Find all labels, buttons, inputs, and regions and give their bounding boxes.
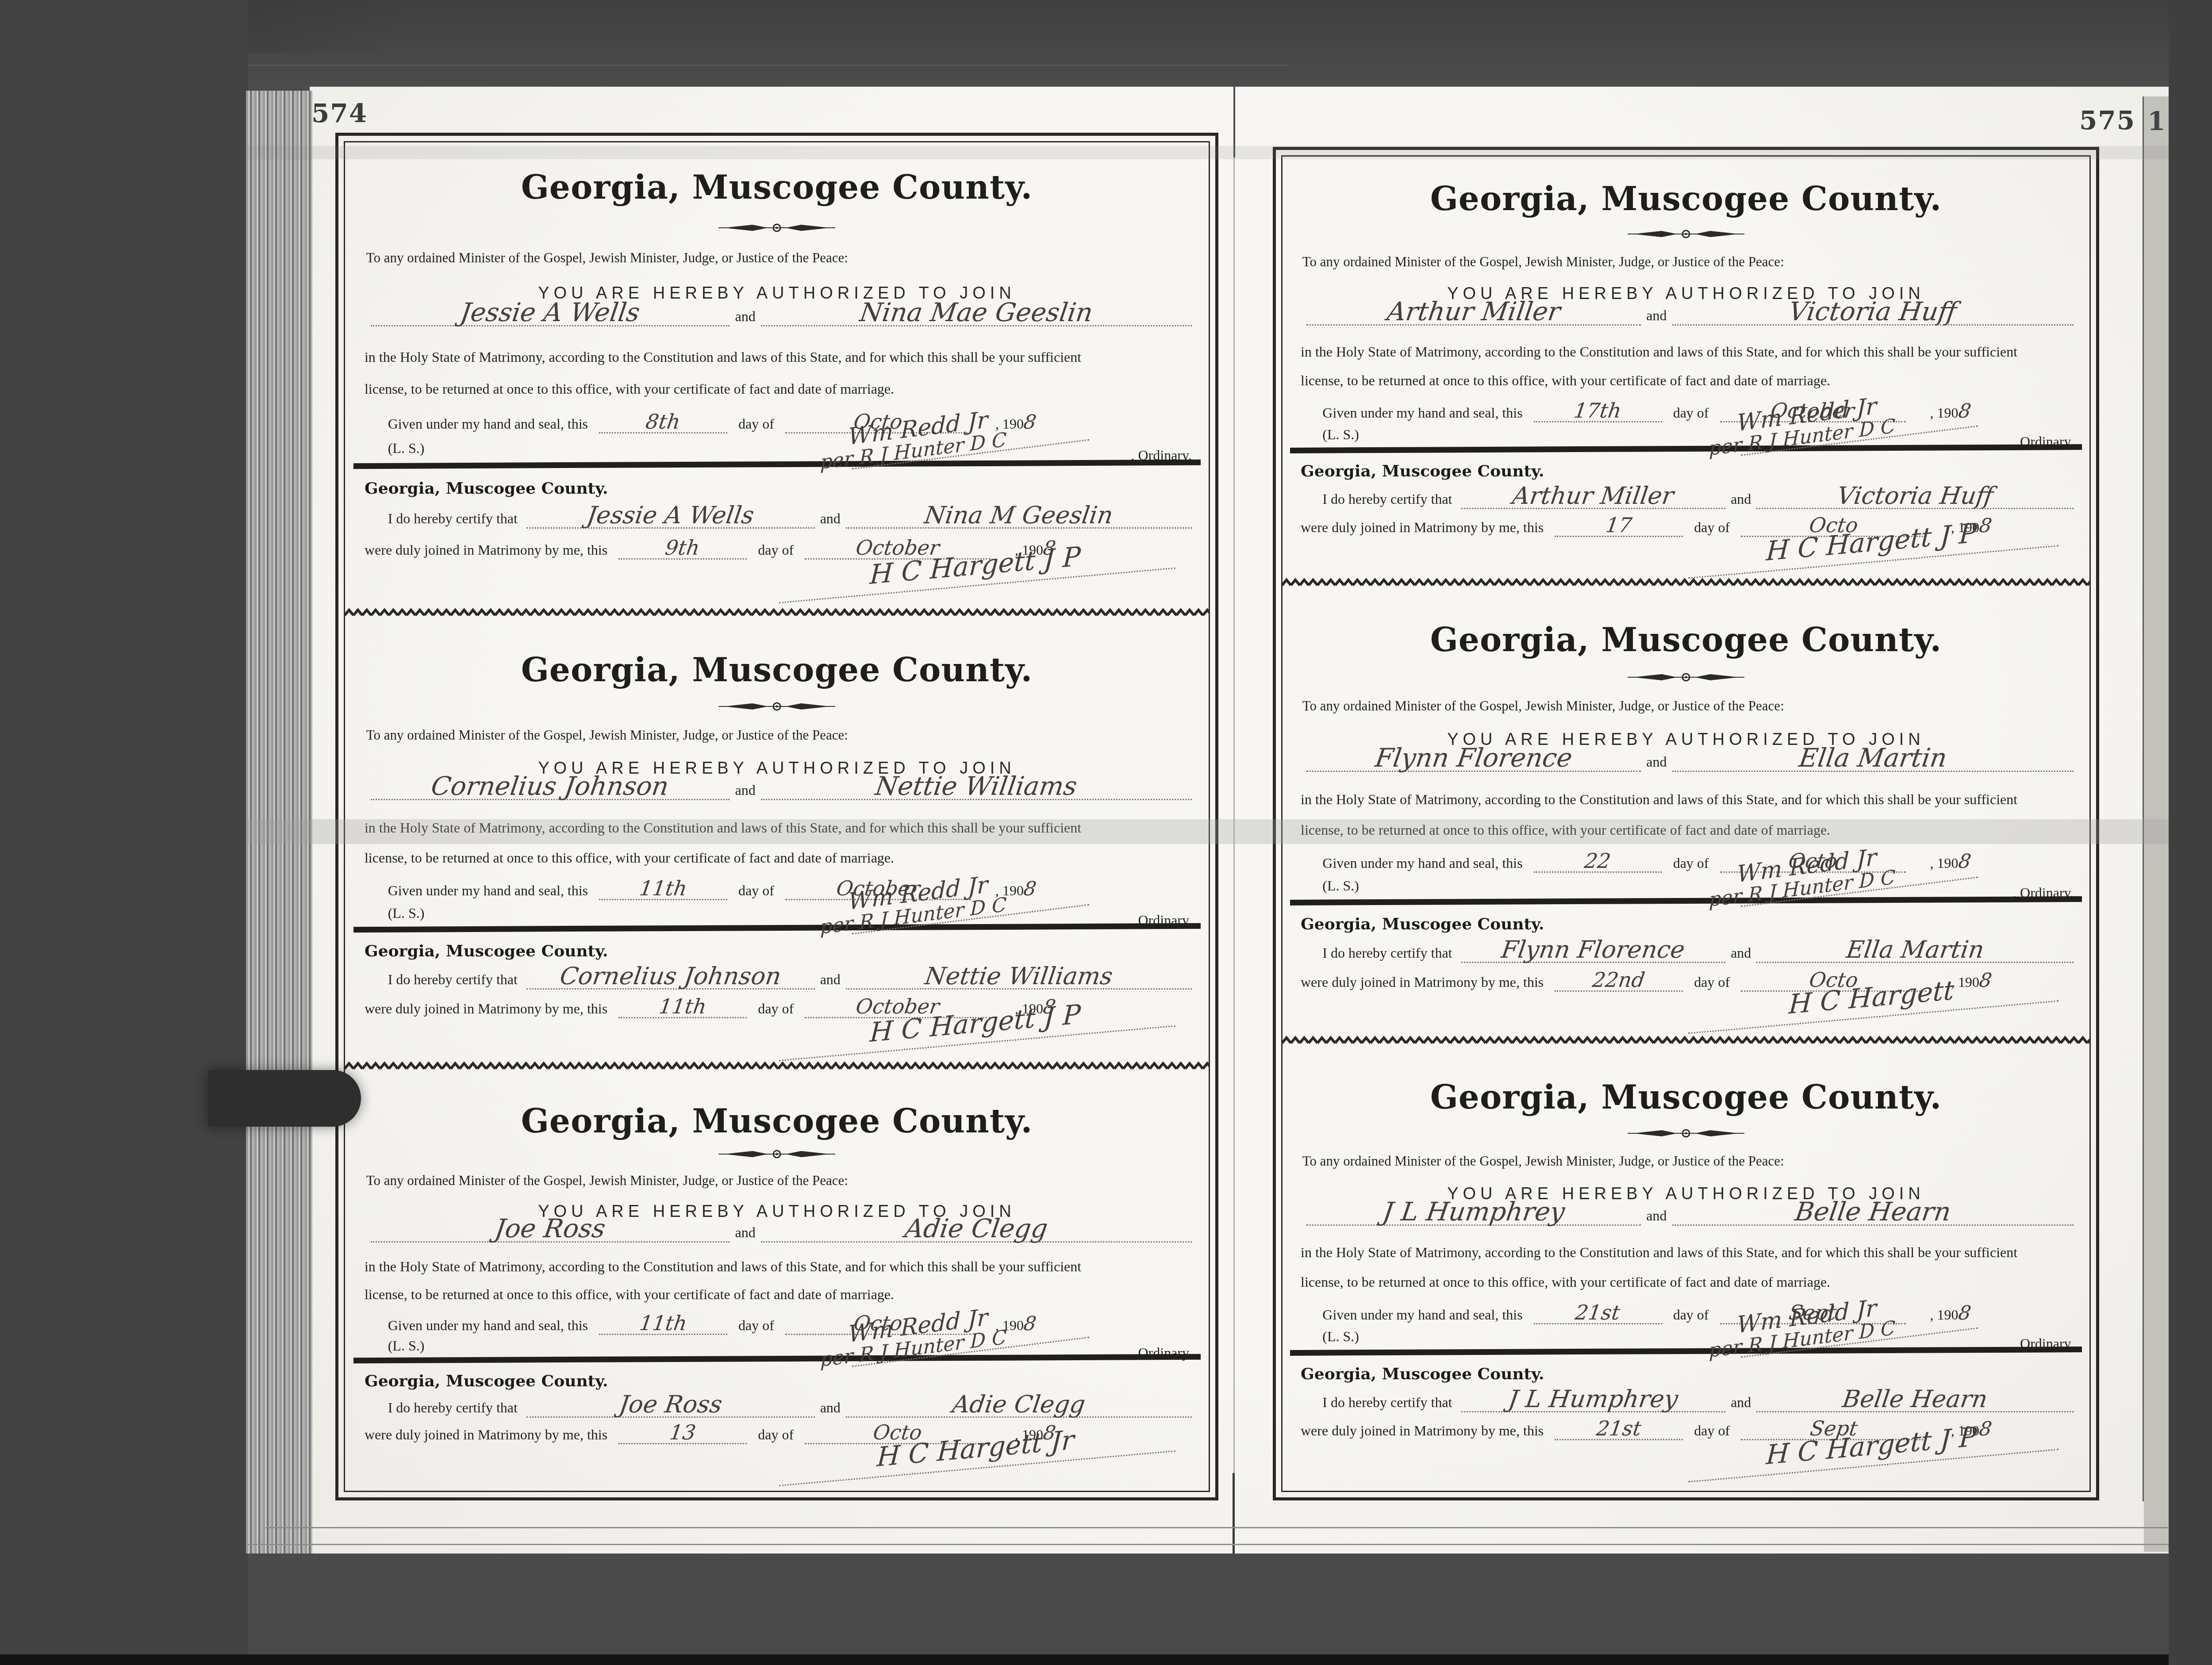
certificate-title: Georgia, Muscogee County. [1282,1078,2090,1116]
couple-names-line: Cornelius Johnson and Nettie Williams [371,773,1192,800]
day-of-label: day of [1673,1307,1709,1323]
day-of-label: day of [738,416,774,432]
book-gutter-seam-top [1233,87,1235,157]
joined-label: were duly joined in Matrimony by me, thi… [1301,519,1544,536]
groom-name: Flynn Florence [1374,745,1574,771]
ordinary-signature: Wm Redd Jr per R J Hunter D C [846,395,1089,469]
certify-county-heading: Georgia, Muscogee County. [365,479,1209,498]
salutation-line: To any ordained Minister of the Gospel, … [1302,1153,2090,1169]
ls-label: (L. S.) [1322,878,1359,894]
and-label: and [815,1400,846,1416]
zigzag-divider [345,1060,1209,1072]
bride-name: Nettie Williams [874,773,1079,799]
certify-county-heading: Georgia, Muscogee County. [1301,1365,2090,1383]
given-label: Given under my hand and seal, this [388,1317,588,1334]
marriage-certificate: Georgia, Muscogee County. To any ordaine… [345,1074,1209,1494]
ls-label: (L. S.) [388,1338,425,1354]
marriage-day: 17 [1605,515,1633,535]
issue-day: 17th [1573,400,1623,421]
certify-names-line: I do hereby certify that Cornelius Johns… [388,964,1192,990]
day-of-label: day of [758,542,794,558]
seal-and-signature-line: (L. S.) Wm Redd Jr per R J Hunter D C , … [388,440,1192,457]
certificate-title: Georgia, Muscogee County. [1282,180,2090,218]
couple-names-line: Flynn Florence and Ella Martin [1306,745,2074,772]
seal-and-signature-line: (L. S.) Wm Redd Jr per R J Hunter D C , … [1322,878,2074,894]
certify-groom-name: J L Humphrey [1507,1387,1679,1411]
certificate-frame-right: Georgia, Muscogee County. To any ordaine… [1273,147,2099,1500]
bride-name: Ella Martin [1797,745,1949,771]
film-bottom-strip [0,1654,2212,1665]
certificate-slot: Georgia, Muscogee County. To any ordaine… [1282,590,2090,1048]
given-label: Given under my hand and seal, this [388,882,588,899]
certify-bride-name: Nina M Geeslin [923,503,1114,527]
certify-label: I do hereby certify that [1322,491,1452,507]
page-edge-mark: 1 [2147,106,2166,136]
ls-label: (L. S.) [388,905,425,921]
body-line-1: in the Holy State of Matrimony, accordin… [1301,344,2090,360]
ordinary-signature: Wm Redd Jr per R J Hunter D C [846,859,1089,934]
certify-names-line: I do hereby certify that Arthur Miller a… [1322,484,2074,509]
given-label: Given under my hand and seal, this [388,416,588,432]
day-of-label: day of [1673,855,1709,871]
bottom-page-edge-line [265,1527,2168,1528]
certificate-slot: Georgia, Muscogee County. To any ordaine… [1282,1048,2090,1495]
day-of-label: day of [1673,405,1709,421]
day-of-label: day of [1694,974,1730,990]
salutation-line: To any ordained Minister of the Gospel, … [366,250,1209,266]
divider-ornament-icon [345,700,1209,715]
certify-label: I do hereby certify that [1322,945,1452,961]
groom-name: J L Humphrey [1381,1199,1567,1224]
seal-and-signature-line: (L. S.) Wm Redd Jr per R J Hunter D C , … [1322,426,2074,443]
certify-bride-name: Nettie Williams [923,964,1114,988]
book-gutter-seam [1233,87,1235,1554]
ls-label: (L. S.) [1322,426,1359,443]
bride-name: Belle Hearn [1793,1199,1953,1224]
seal-and-signature-line: (L. S.) Wm Redd Jr per R J Hunter D C , … [1322,1328,2074,1345]
day-of-label: day of [758,1001,794,1017]
zigzag-divider [345,607,1209,618]
certificate-slot: Georgia, Muscogee County. To any ordaine… [345,620,1209,1074]
zigzag-divider [1282,1035,2090,1046]
and-label: and [815,971,846,988]
certify-label: I do hereby certify that [388,510,518,527]
and-label: and [1641,307,1672,324]
section-divider-bar [1290,896,2082,905]
bride-name: Victoria Huff [1787,299,1959,324]
day-of-label: day of [1694,519,1730,536]
divider-ornament-icon [1282,1127,2090,1142]
given-label: Given under my hand and seal, this [1322,855,1522,871]
body-line-1: in the Holy State of Matrimony, accordin… [365,349,1209,365]
divider-ornament-icon [345,1147,1209,1163]
body-line-1: in the Holy State of Matrimony, accordin… [365,820,1209,836]
certify-names-line: I do hereby certify that Jessie A Wells … [388,503,1192,529]
certify-names-line: I do hereby certify that Joe Ross and Ad… [388,1393,1192,1418]
groom-name: Joe Ross [493,1216,607,1241]
given-label: Given under my hand and seal, this [1322,1307,1522,1323]
and-label: and [1641,1208,1672,1224]
and-label: and [1725,1394,1756,1411]
and-label: and [1725,945,1756,961]
joined-label: were duly joined in Matrimony by me, thi… [365,542,607,558]
page-stack-edges-right [2144,96,2169,1552]
groom-name: Jessie A Wells [459,299,641,325]
certify-groom-name: Cornelius Johnson [558,964,783,988]
groom-name: Arthur Miller [1386,299,1562,324]
salutation-line: To any ordained Minister of the Gospel, … [366,727,1209,743]
and-label: and [730,308,760,325]
joined-label: were duly joined in Matrimony by me, thi… [365,1427,607,1443]
couple-names-line: Jessie A Wells and Nina Mae Geeslin [371,299,1192,326]
groom-name: Cornelius Johnson [430,773,670,799]
and-label: and [1725,491,1756,507]
film-left-edge [0,0,248,1665]
certify-bride-name: Adie Clegg [951,1393,1087,1416]
certificate-title: Georgia, Muscogee County. [345,651,1209,689]
issue-day: 11th [638,1313,688,1333]
certificate-slot: Georgia, Muscogee County. To any ordaine… [1282,150,2090,590]
couple-names-line: Joe Ross and Adie Clegg [371,1216,1192,1243]
body-line-1: in the Holy State of Matrimony, accordin… [1301,791,2090,808]
section-divider-bar [1290,444,2082,453]
seal-and-signature-line: (L. S.) Wm Redd Jr per R J Hunter D C , … [388,905,1192,921]
issue-day: 8th [645,411,682,432]
marriage-certificate: Georgia, Muscogee County. To any ordaine… [1282,150,2090,590]
certify-bride-name: Belle Hearn [1841,1387,1989,1411]
certificate-title: Georgia, Muscogee County. [345,169,1209,207]
marriage-certificate: Georgia, Muscogee County. To any ordaine… [345,620,1209,1074]
certify-label: I do hereby certify that [1322,1394,1452,1411]
marriage-certificate: Georgia, Muscogee County. To any ordaine… [1282,1048,2090,1495]
ls-label: (L. S.) [1322,1328,1359,1345]
zigzag-divider [1282,577,2090,588]
section-divider-bar [1290,1347,2082,1356]
ordinary-signature: Wm Redd Jr per R J Hunter D C [1735,1283,1978,1358]
and-label: and [815,510,846,527]
certificate-slot: Georgia, Muscogee County. To any ordaine… [345,136,1209,620]
and-label: and [1641,754,1672,770]
body-line-1: in the Holy State of Matrimony, accordin… [1301,1244,2090,1261]
marriage-certificate: Georgia, Muscogee County. To any ordaine… [345,136,1209,620]
divider-ornament-icon [1282,671,2090,686]
marriage-certificate: Georgia, Muscogee County. To any ordaine… [1282,590,2090,1048]
salutation-line: To any ordained Minister of the Gospel, … [366,1173,1209,1189]
certify-bride-name: Ella Martin [1845,938,1985,962]
film-right-edge [2169,0,2212,1665]
certificate-title: Georgia, Muscogee County. [345,1102,1209,1140]
certificate-slot: Georgia, Muscogee County. To any ordaine… [345,1074,1209,1494]
section-divider-bar [353,460,1201,469]
couple-names-line: J L Humphrey and Belle Hearn [1306,1199,2074,1226]
certify-names-line: I do hereby certify that Flynn Florence … [1322,938,2074,963]
certify-county-heading: Georgia, Muscogee County. [1301,915,2090,933]
issue-day: 22 [1583,851,1612,871]
certificate-frame-left: Georgia, Muscogee County. To any ordaine… [335,133,1218,1500]
certify-bride-name: Victoria Huff [1836,484,1995,508]
day-of-label: day of [738,1317,774,1334]
book-gutter-seam-bottom [1233,1473,1235,1554]
certify-county-heading: Georgia, Muscogee County. [1301,462,2090,480]
marriage-day: 13 [668,1422,697,1442]
day-of-label: day of [1694,1423,1730,1439]
certify-label: I do hereby certify that [388,971,518,988]
divider-ornament-icon [345,221,1209,237]
bride-name: Nina Mae Geeslin [858,299,1094,325]
and-label: and [730,782,760,798]
day-of-label: day of [738,882,774,899]
certificate-title: Georgia, Muscogee County. [1282,621,2090,659]
page-stack-edges [246,91,312,1554]
certify-groom-name: Joe Ross [618,1393,723,1416]
and-label: and [730,1224,760,1241]
marriage-day: 11th [658,996,708,1017]
bride-name: Adie Clegg [903,1216,1049,1241]
joined-label: were duly joined in Matrimony by me, thi… [1301,1423,1544,1439]
book-index-tab [208,1070,361,1127]
bottom-page-edge-line-2 [248,1544,2169,1545]
certify-label: I do hereby certify that [388,1400,518,1416]
certify-county-heading: Georgia, Muscogee County. [365,1372,1209,1390]
certify-groom-name: Jessie A Wells [586,503,756,527]
salutation-line: To any ordained Minister of the Gospel, … [1302,254,2090,270]
body-line-1: in the Holy State of Matrimony, accordin… [365,1258,1209,1275]
issue-day: 11th [638,878,688,898]
ls-label: (L. S.) [388,440,425,457]
joined-label: were duly joined in Matrimony by me, thi… [1301,974,1544,990]
section-divider-bar [353,923,1201,932]
page-number-right: 575 [2079,105,2135,135]
seal-and-signature-line: (L. S.) Wm Redd Jr per R J Hunter D C , … [388,1338,1192,1354]
divider-ornament-icon [1282,227,2090,243]
certify-names-line: I do hereby certify that J L Humphrey an… [1322,1387,2074,1412]
ordinary-signature: Wm Redd Jr per R J Hunter D C [1735,832,1978,907]
marriage-day: 9th [664,537,701,558]
marriage-day: 22nd [1591,970,1646,990]
day-of-label: day of [758,1427,794,1443]
section-divider-bar [353,1354,1201,1363]
given-label: Given under my hand and seal, this [1322,405,1522,421]
issue-day: 21st [1574,1302,1621,1323]
page-edge-rule [2143,96,2144,1501]
certify-groom-name: Flynn Florence [1500,938,1687,962]
joined-label: were duly joined in Matrimony by me, thi… [365,1001,607,1017]
certify-groom-name: Arthur Miller [1511,484,1676,508]
couple-names-line: Arthur Miller and Victoria Huff [1306,299,2074,326]
certify-county-heading: Georgia, Muscogee County. [365,942,1209,960]
salutation-line: To any ordained Minister of the Gospel, … [1302,698,2090,714]
page-number-left: 574 [311,98,368,128]
marriage-day: 21st [1595,1418,1643,1439]
